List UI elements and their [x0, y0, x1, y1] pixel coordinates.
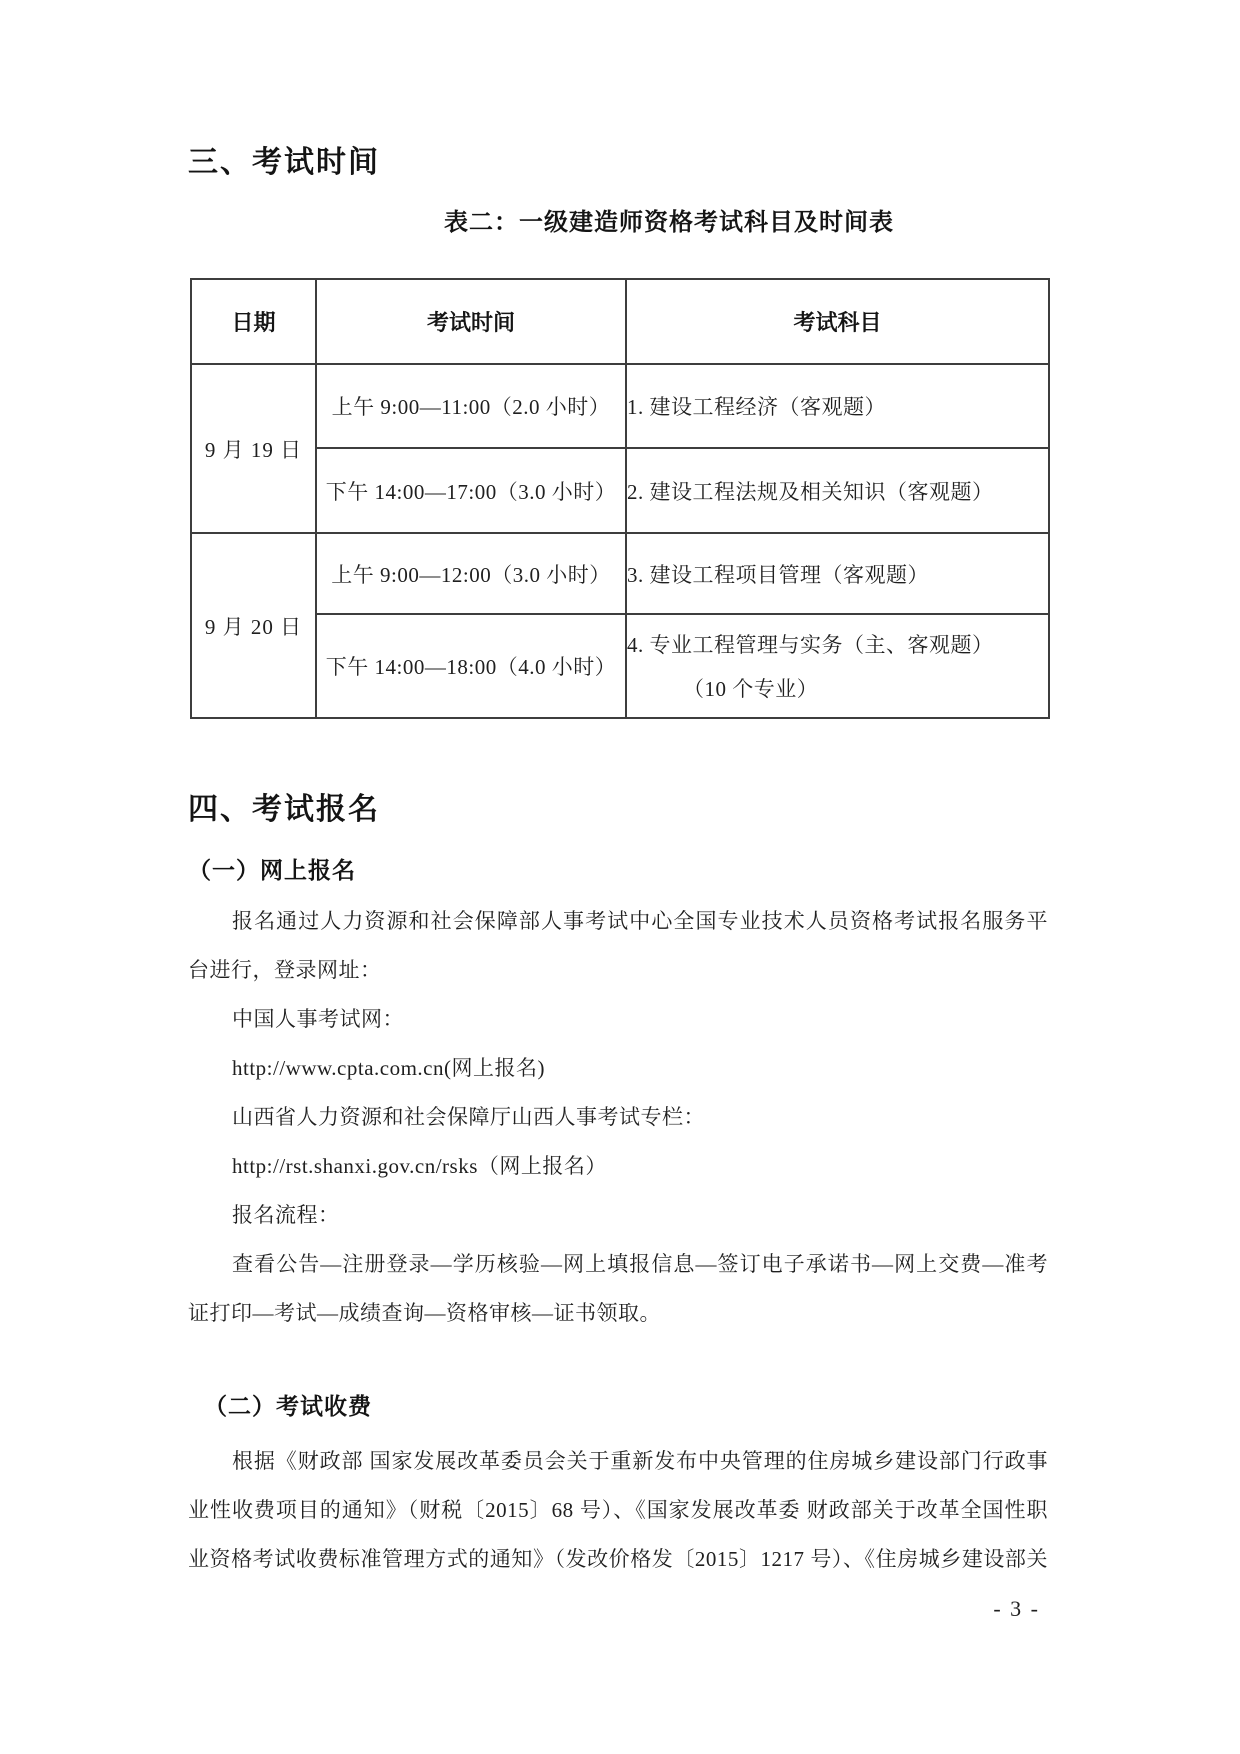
date-cell-sep19: 9 月 19 日: [191, 364, 316, 533]
subsection-exam-fee-heading: （二）考试收费: [204, 1393, 372, 1420]
document-page: 三、考试时间 表二：一级建造师资格考试科目及时间表 日期 考试时间 考试科目 9…: [0, 0, 1240, 1754]
subject-cell: 1. 建设工程经济（客观题）: [626, 364, 1049, 448]
time-cell: 下午 14:00—17:00（3.0 小时）: [316, 448, 626, 533]
text-line: 业性收费项目的通知》（财税〔2015〕68 号）、《国家发展改革委 财政部关于改…: [188, 1486, 1048, 1535]
subsection-online-registration-heading: （一）网上报名: [188, 857, 356, 884]
subject-line-2: （10 个专业）: [683, 673, 1048, 703]
text-line: 根据《财政部 国家发展改革委员会关于重新发布中央管理的住房城乡建设部门行政事: [188, 1437, 1048, 1486]
table-row: 9 月 19 日 上午 9:00—11:00（2.0 小时） 1. 建设工程经济…: [191, 364, 1049, 448]
table-header-row: 日期 考试时间 考试科目: [191, 279, 1049, 364]
text-line: 台进行，登录网址：: [188, 946, 1048, 995]
online-registration-paragraph: 报名通过人力资源和社会保障部人事考试中心全国专业技术人员资格考试报名服务平 台进…: [188, 897, 1048, 1338]
exam-schedule-table: 日期 考试时间 考试科目 9 月 19 日 上午 9:00—11:00（2.0 …: [190, 278, 1050, 719]
table-2-title: 表二：一级建造师资格考试科目及时间表: [444, 209, 894, 237]
registration-url-cpta: http://www.cpta.com.cn(网上报名): [188, 1044, 1048, 1093]
page-number: - 3 -: [188, 1596, 1040, 1622]
date-cell-sep20: 9 月 20 日: [191, 533, 316, 718]
text-line: 山西省人力资源和社会保障厅山西人事考试专栏：: [188, 1093, 1048, 1142]
text-line: 报名通过人力资源和社会保障部人事考试中心全国专业技术人员资格考试报名服务平: [188, 897, 1048, 946]
text-line: 查看公告—注册登录—学历核验—网上填报信息—签订电子承诺书—网上交费—准考: [188, 1240, 1048, 1289]
col-header-time: 考试时间: [316, 279, 626, 364]
col-header-subject: 考试科目: [626, 279, 1049, 364]
table-row: 9 月 20 日 上午 9:00—12:00（3.0 小时） 3. 建设工程项目…: [191, 533, 1049, 614]
subject-cell: 2. 建设工程法规及相关知识（客观题）: [626, 448, 1049, 533]
text-line: 报名流程：: [188, 1191, 1048, 1240]
section-time-heading: 三、考试时间: [188, 146, 380, 180]
subject-line-1: 4. 专业工程管理与实务（主、客观题）: [627, 629, 1048, 659]
table-row: 下午 14:00—17:00（3.0 小时） 2. 建设工程法规及相关知识（客观…: [191, 448, 1049, 533]
col-header-date: 日期: [191, 279, 316, 364]
text-line: 证打印—考试—成绩查询—资格审核—证书领取。: [188, 1289, 1048, 1338]
subject-cell: 3. 建设工程项目管理（客观题）: [626, 533, 1049, 614]
time-cell: 下午 14:00—18:00（4.0 小时）: [316, 614, 626, 718]
subject-cell: 4. 专业工程管理与实务（主、客观题） （10 个专业）: [626, 614, 1049, 718]
time-cell: 上午 9:00—11:00（2.0 小时）: [316, 364, 626, 448]
time-cell: 上午 9:00—12:00（3.0 小时）: [316, 533, 626, 614]
exam-fee-paragraph: 根据《财政部 国家发展改革委员会关于重新发布中央管理的住房城乡建设部门行政事 业…: [188, 1437, 1048, 1584]
text-line: 中国人事考试网：: [188, 995, 1048, 1044]
text-line: 业资格考试收费标准管理方式的通知》（发改价格发〔2015〕1217 号）、《住房…: [188, 1535, 1048, 1584]
table-row: 下午 14:00—18:00（4.0 小时） 4. 专业工程管理与实务（主、客观…: [191, 614, 1049, 718]
registration-url-shanxi: http://rst.shanxi.gov.cn/rsks（网上报名）: [188, 1142, 1048, 1191]
section-registration-heading: 四、考试报名: [188, 793, 380, 827]
